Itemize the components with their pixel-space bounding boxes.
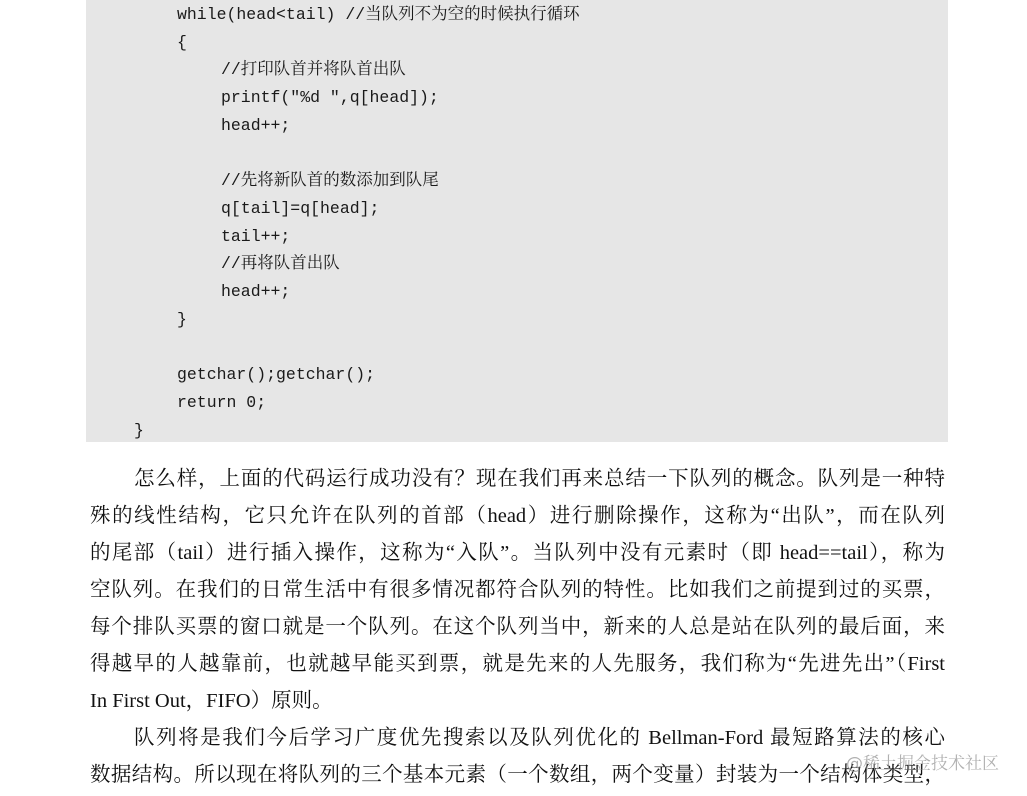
paragraph-line: 每个排队买票的窗口就是一个队列。在这个队列当中，新来的人总是站在队列的最后面，来	[90, 609, 945, 646]
paragraph-line: 的尾部（tail）进行插入操作，这称为“入队”。当队列中没有元素时（即 head…	[90, 535, 945, 572]
paragraph-line: 队列将是我们今后学习广度优先搜索以及队列优化的 Bellman-Ford 最短路…	[134, 720, 945, 757]
code-line: {	[177, 29, 187, 57]
code-line: while(head<tail) //当队列不为空的时候执行循环	[177, 1, 580, 29]
watermark: @稀土掘金技术社区	[846, 749, 999, 774]
code-line: head++;	[221, 112, 290, 140]
paragraph-line: 空队列。在我们的日常生活中有很多情况都符合队列的特性。比如我们之前提到过的买票，	[90, 572, 945, 609]
code-line: //打印队首并将队首出队	[221, 56, 406, 84]
paragraph-line: In First Out，FIFO）原则。	[90, 683, 945, 720]
code-line: }	[134, 417, 144, 445]
code-line: return 0;	[177, 389, 266, 417]
code-line: head++;	[221, 278, 290, 306]
paragraph-line: 数据结构。所以现在将队列的三个基本元素（一个数组，两个变量）封装为一个结构体类型…	[90, 757, 945, 794]
paragraph-line: 殊的线性结构，它只允许在队列的首部（head）进行删除操作，这称为“出队”，而在…	[90, 498, 945, 535]
code-line: //再将队首出队	[221, 250, 340, 278]
code-line: tail++;	[221, 223, 290, 251]
code-line: q[tail]=q[head];	[221, 195, 379, 223]
code-line: }	[177, 306, 187, 334]
code-line: //先将新队首的数添加到队尾	[221, 167, 439, 195]
code-block: while(head<tail) //当队列不为空的时候执行循环 { //打印队…	[86, 0, 948, 442]
code-line: getchar();getchar();	[177, 361, 375, 389]
paragraph-line: 怎么样，上面的代码运行成功没有？现在我们再来总结一下队列的概念。队列是一种特	[134, 461, 945, 498]
code-line: printf("%d ",q[head]);	[221, 84, 439, 112]
paragraph-line: 得越早的人越靠前，也就越早能买到票，就是先来的人先服务，我们称为“先进先出”（F…	[90, 646, 945, 683]
